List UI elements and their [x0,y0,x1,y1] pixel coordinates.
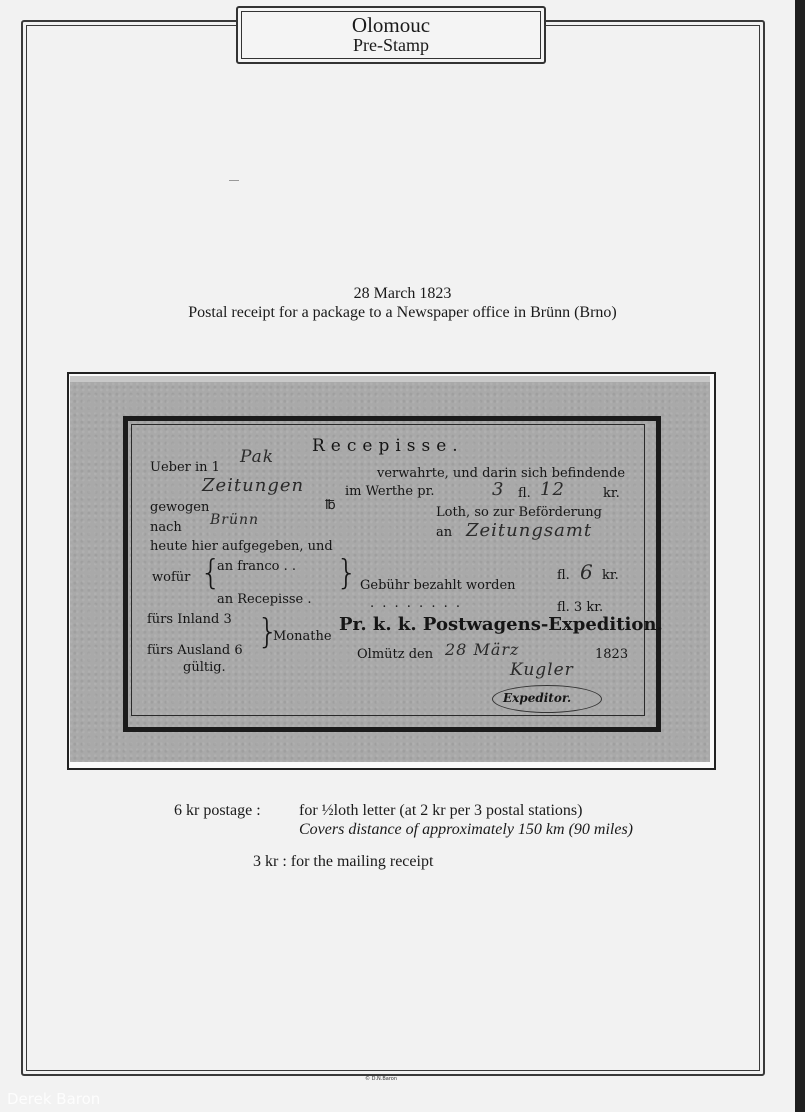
stray-mark [229,180,239,181]
receipt-fee-franco-amount: 6 [580,560,594,584]
receipt-value-kr: 12 [540,479,565,500]
caption-date: 28 March 1823 [0,284,805,303]
receipt-line3-mid: ℔ [325,498,336,513]
paper-edge [70,376,710,382]
receipt-line5: heute hier aufgegeben, und [150,539,333,554]
receipt-fee-fl: fl. [557,568,570,583]
caption: 28 March 1823 Postal receipt for a packa… [0,284,805,322]
receipt-line3-left: gewogen [150,500,209,515]
receipt-line4-mid: an [436,525,452,540]
receipt-office: Pr. k. k. Postwagens-Expedition. [339,617,663,632]
copyright-text: © D.N.Baron [365,1076,397,1082]
receipt-wofuer: wofür [152,570,190,585]
receipt-an-franco: an franco . . [217,559,296,574]
receipt-line3-right: Loth, so zur Beförderung [436,505,602,520]
receipt-handwriting-recipient: Zeitungsamt [466,520,592,541]
receipt-handwriting-date: 28 März [445,640,519,659]
receipt-line4-left: nach [150,520,182,535]
receipt-dots: . . . . . . . . [370,596,462,611]
receipt-fee-text: Gebühr bezahlt worden [360,578,516,593]
receipt-an-recepisse: an Recepisse . [217,592,312,607]
receipt-monathe: Monathe [273,629,332,644]
watermark: Derek Baron [7,1090,100,1108]
caption-description: Postal receipt for a package to a Newspa… [0,303,805,322]
note-postage-label: 6 kr postage : [174,801,261,820]
page-subtitle: Pre-Stamp [353,35,429,55]
receipt-fee-kr: kr. [602,568,619,583]
receipt-fee-recepisse: fl. 3 kr. [557,600,603,615]
note-distance-text: Covers distance of approximately 150 km … [299,820,633,839]
receipt-year: 1823 [595,647,628,662]
receipt-ausland: fürs Ausland 6 [147,643,243,658]
receipt-fl-label: fl. [518,486,531,501]
receipt-title: Recepisse. [312,439,464,454]
note-postage-text: for ½loth letter (at 2 kr per 3 postal s… [299,801,582,820]
scan-edge-shadow [795,0,805,1112]
receipt-inland: fürs Inland 3 [147,612,232,627]
receipt-value-fl: 3 [492,479,504,500]
receipt-handwriting-item: Pak [240,447,274,467]
receipt-expeditor: Expeditor. [503,691,571,706]
note-receipt-fee: 3 kr : for the mailing receipt [253,852,433,871]
brace-icon: } [336,558,358,588]
receipt-place-date: Olmütz den [357,647,433,662]
receipt-gueltig: gültig. [183,660,226,675]
receipt-kr-label: kr. [603,486,620,501]
receipt-handwriting-contents: Zeitungen [202,475,304,496]
receipt-line2-mid: im Werthe pr. [345,484,435,499]
header-box: Olomouc Pre-Stamp [236,6,546,64]
receipt-handwriting-destination: Brünn [210,512,259,528]
receipt-signature: Kugler [510,660,574,680]
receipt-line1-left: Ueber in 1 [150,460,220,475]
page-title: Olomouc [352,15,430,35]
